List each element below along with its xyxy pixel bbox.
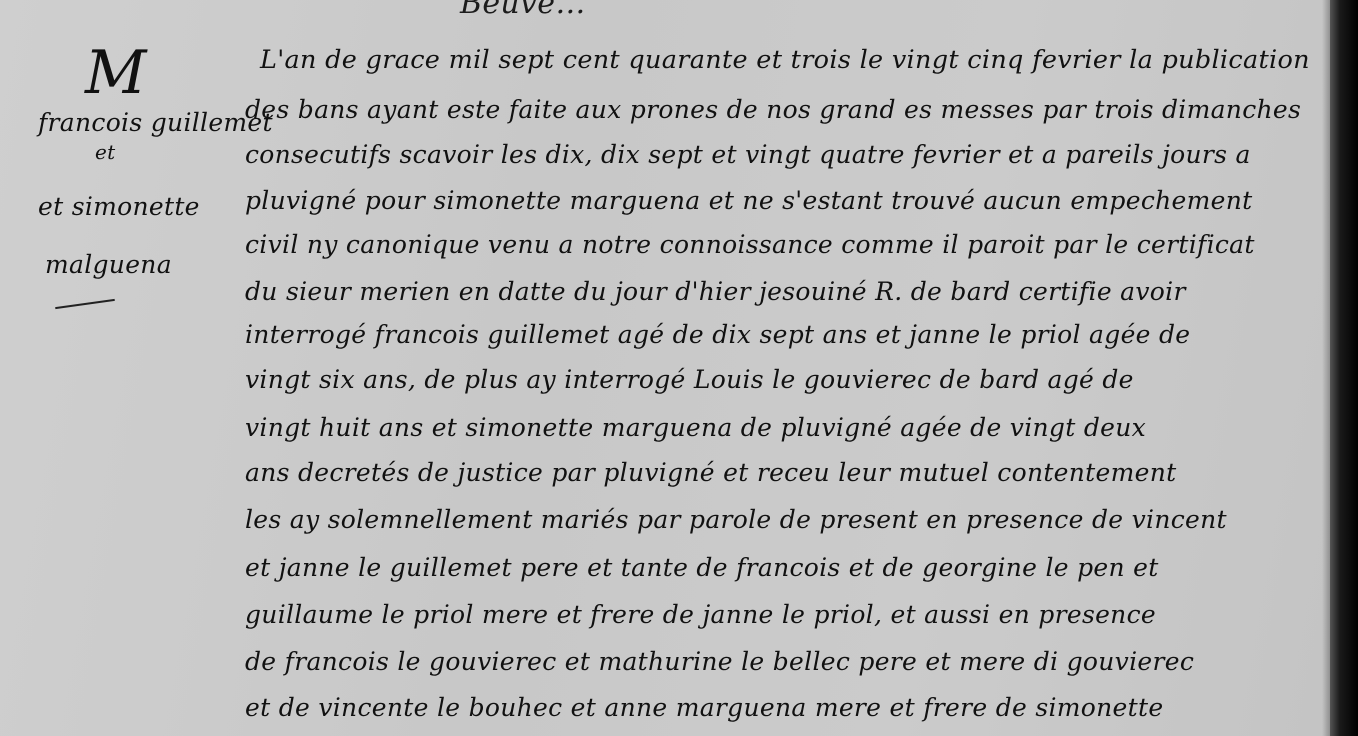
body-line-7: interrogé francois guillemet agé de dix … [245, 320, 1190, 349]
body-line-15: et de vincente le bouhec et anne marguen… [245, 693, 1163, 722]
margin-underline [55, 299, 115, 309]
body-line-14: de francois le gouvierec et mathurine le… [245, 647, 1194, 676]
body-line-13: guillaume le priol mere et frere de jann… [245, 600, 1156, 629]
body-line-1: L'an de grace mil sept cent quarante et … [260, 45, 1310, 75]
book-binding [1330, 0, 1358, 736]
heading-fragment: Beuve… [460, 0, 586, 21]
body-line-3: consecutifs scavoir les dix, dix sept et… [245, 140, 1251, 169]
body-line-5: civil ny canonique venu a notre connoiss… [245, 230, 1255, 259]
margin-bride-first-name: et simonette [38, 192, 200, 221]
margin-conjunction: et [95, 140, 115, 164]
body-line-12: et janne le guillemet pere et tante de f… [245, 553, 1159, 582]
body-line-10: ans decretés de justice par pluvigné et … [245, 458, 1176, 487]
body-line-8: vingt six ans, de plus ay interrogé Loui… [245, 365, 1134, 394]
body-line-6: du sieur merien en datte du jour d'hier … [245, 277, 1186, 306]
register-page: Beuve… M francois guillemet et et simone… [0, 0, 1330, 736]
body-line-2: des bans ayant este faite aux prones de … [245, 95, 1301, 124]
margin-initial: M [85, 38, 147, 108]
margin-groom-name: francois guillemet [38, 108, 273, 137]
margin-bride-surname: malguena [45, 250, 172, 279]
body-line-11: les ay solemnellement mariés par parole … [245, 505, 1227, 534]
body-line-4: pluvigné pour simonette marguena et ne s… [245, 186, 1252, 215]
body-line-9: vingt huit ans et simonette marguena de … [245, 413, 1146, 442]
